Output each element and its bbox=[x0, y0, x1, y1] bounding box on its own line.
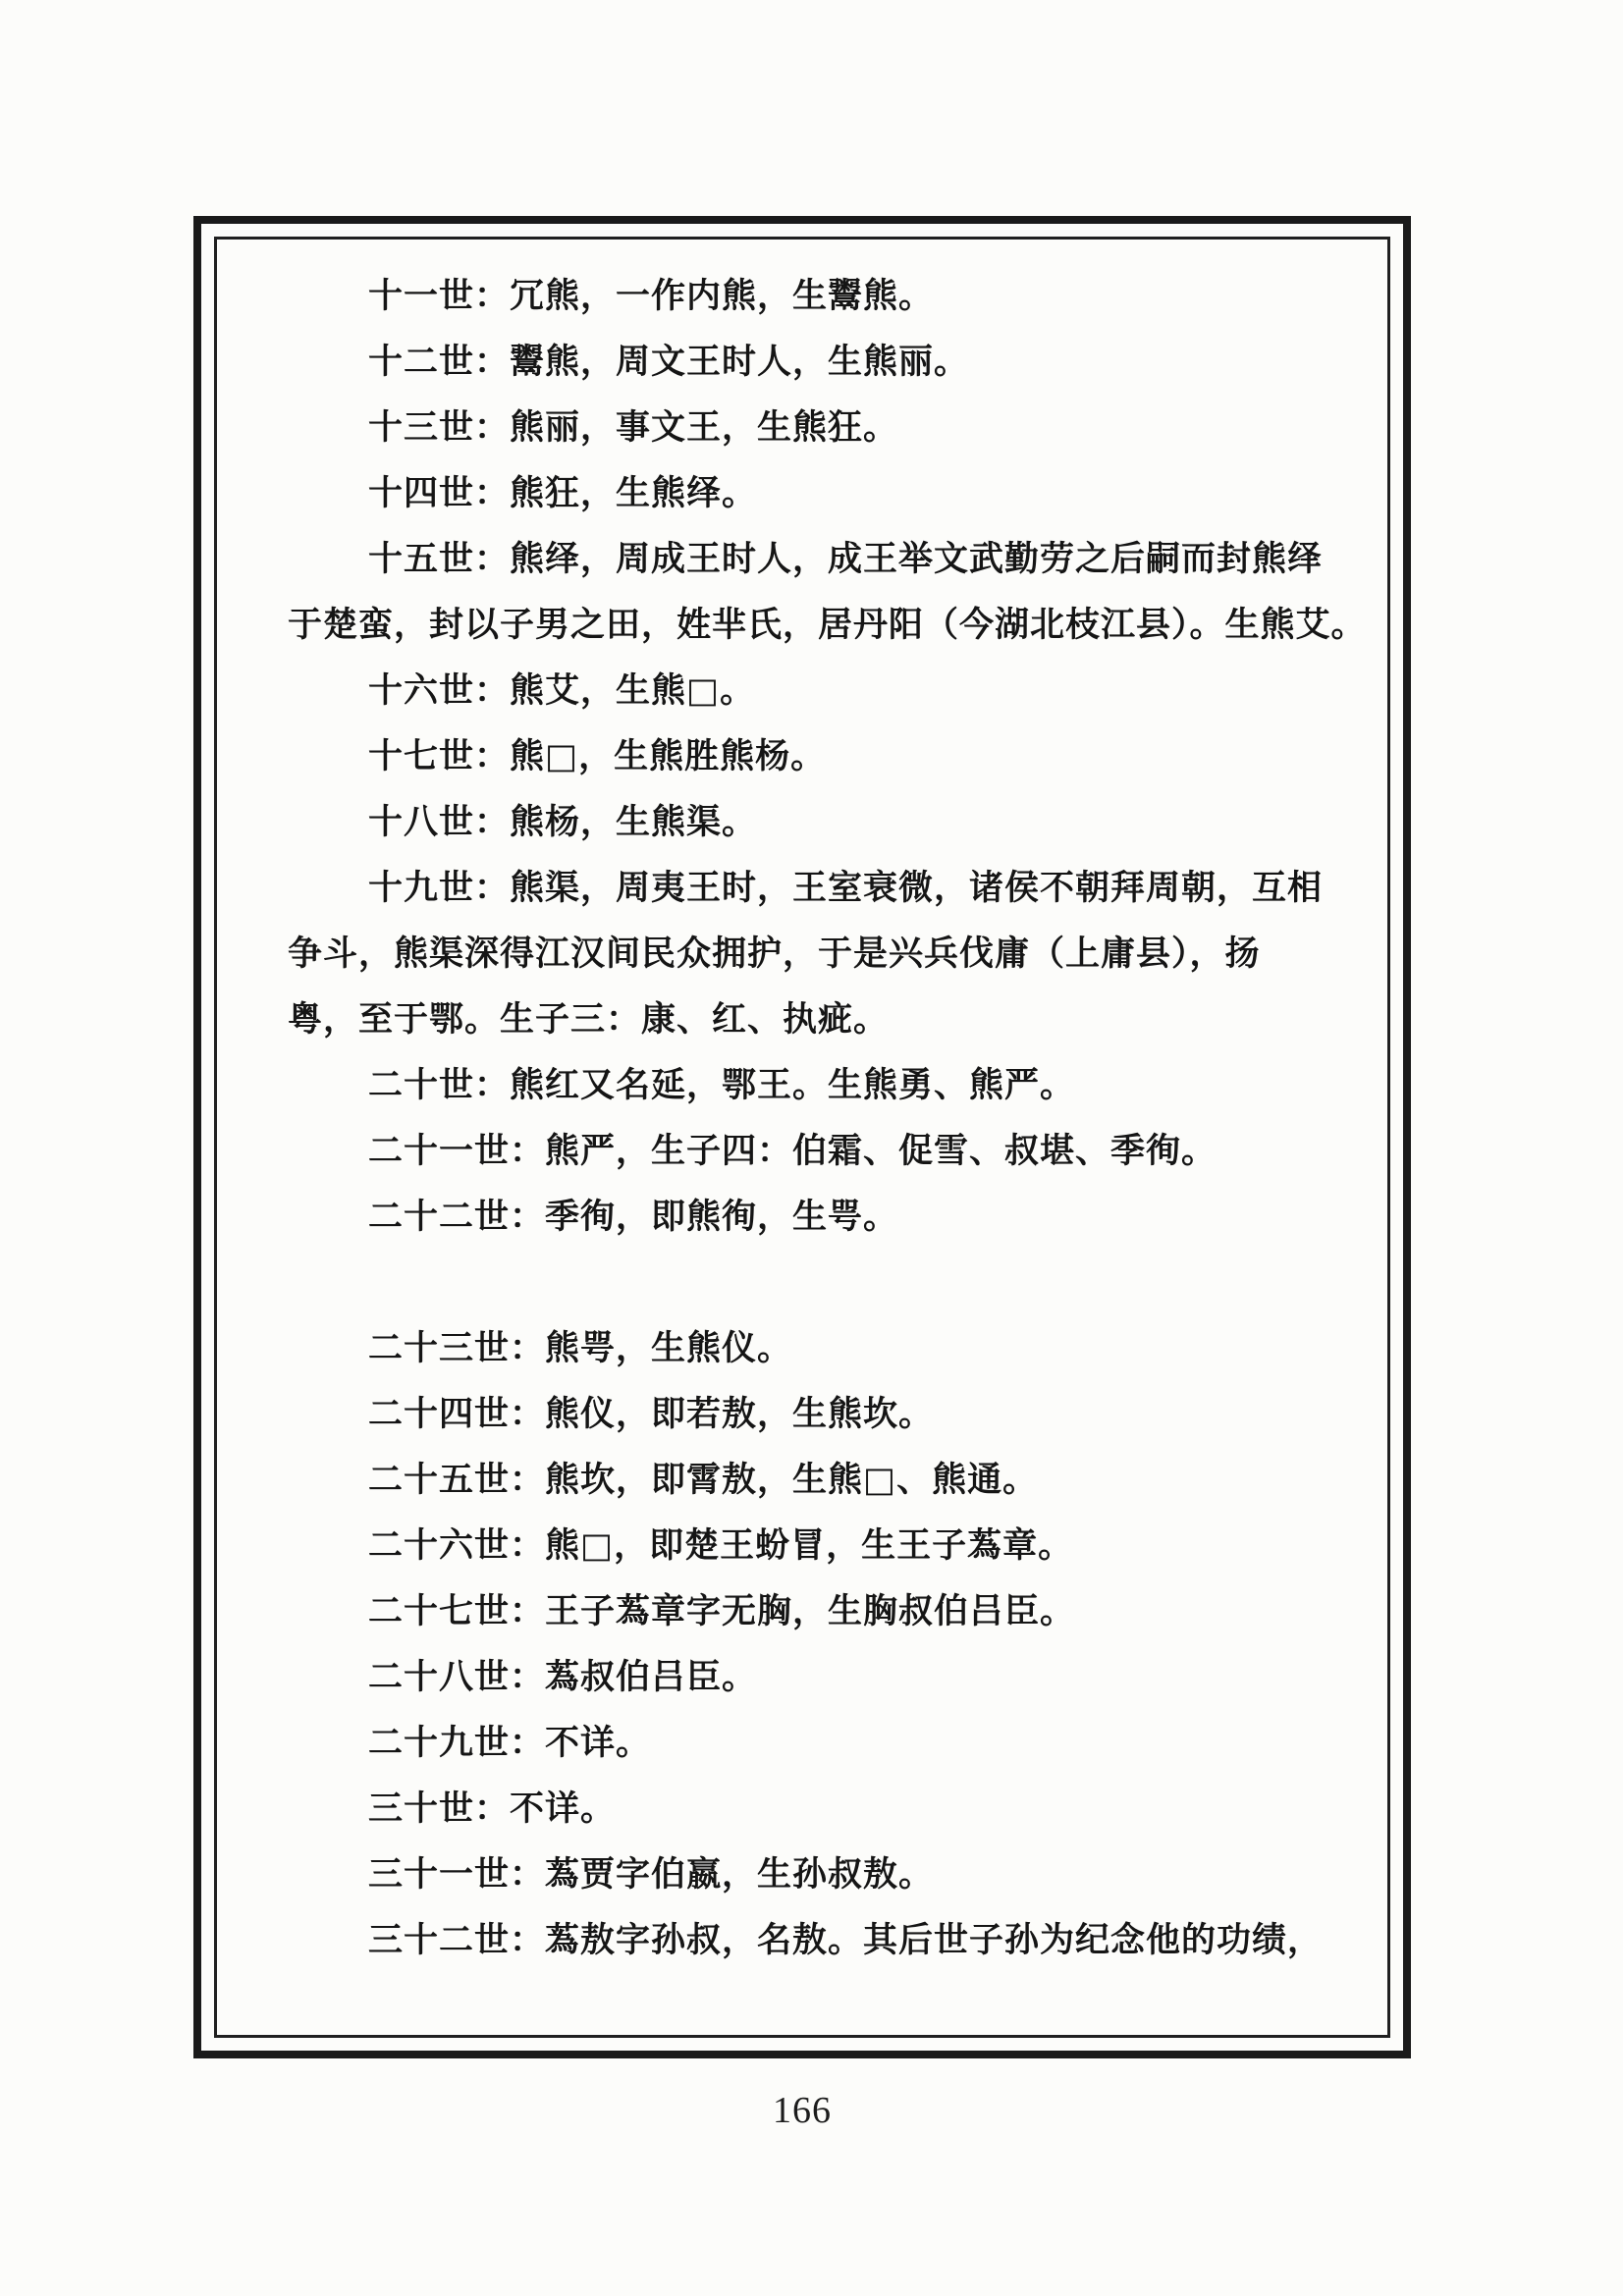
line-gen-31: 三十一世：蒍贾字伯嬴，生孙叔敖。 bbox=[288, 1842, 1352, 1908]
line-gen-18: 十八世：熊杨，生熊渠。 bbox=[288, 790, 1352, 856]
line-gen-21: 二十一世：熊严，生子四：伯霜、促雪、叔堪、季徇。 bbox=[288, 1119, 1352, 1185]
line-gen-12: 十二世：鬻熊，周文王时人，生熊丽。 bbox=[288, 330, 1352, 396]
blank-line bbox=[288, 1251, 1352, 1316]
line-gen-22: 二十二世：季徇，即熊徇，生咢。 bbox=[288, 1185, 1352, 1251]
line-gen-30: 三十世：不详。 bbox=[288, 1777, 1352, 1842]
line-gen-15-continuation: 于楚蛮，封以子男之田，姓芈氏，居丹阳（今湖北枝江县）。生熊艾。 bbox=[288, 593, 1352, 659]
line-gen-27: 二十七世：王子蒍章字无胸，生胸叔伯吕臣。 bbox=[288, 1579, 1352, 1645]
line-gen-16: 十六世：熊艾，生熊□。 bbox=[288, 659, 1352, 724]
page-number-row: 166 bbox=[193, 2089, 1411, 2132]
line-gen-19-continuation-1: 争斗，熊渠深得江汉间民众拥护，于是兴兵伐庸（上庸县），扬 bbox=[288, 922, 1352, 988]
line-gen-29: 二十九世：不详。 bbox=[288, 1711, 1352, 1777]
line-gen-28: 二十八世：蒍叔伯吕臣。 bbox=[288, 1645, 1352, 1711]
line-gen-25: 二十五世：熊坎，即霄敖，生熊□、熊通。 bbox=[288, 1448, 1352, 1514]
line-gen-17: 十七世：熊□，生熊胜熊杨。 bbox=[288, 724, 1352, 790]
line-gen-14: 十四世：熊狂，生熊绎。 bbox=[288, 461, 1352, 527]
line-gen-20: 二十世：熊红又名延，鄂王。生熊勇、熊严。 bbox=[288, 1053, 1352, 1119]
page-frame-outer: 十一世：冗熊，一作内熊，生鬻熊。 十二世：鬻熊，周文王时人，生熊丽。 十三世：熊… bbox=[193, 216, 1411, 2058]
page-frame-inner: 十一世：冗熊，一作内熊，生鬻熊。 十二世：鬻熊，周文王时人，生熊丽。 十三世：熊… bbox=[214, 237, 1390, 2038]
line-gen-23: 二十三世：熊咢，生熊仪。 bbox=[288, 1316, 1352, 1382]
line-gen-26: 二十六世：熊□，即楚王蚡冒，生王子蒍章。 bbox=[288, 1514, 1352, 1579]
line-gen-19-continuation-2: 粤，至于鄂。生子三：康、红、执疵。 bbox=[288, 988, 1352, 1053]
line-gen-24: 二十四世：熊仪，即若敖，生熊坎。 bbox=[288, 1382, 1352, 1448]
genealogy-text-block: 十一世：冗熊，一作内熊，生鬻熊。 十二世：鬻熊，周文王时人，生熊丽。 十三世：熊… bbox=[217, 240, 1387, 2035]
line-gen-15: 十五世：熊绎，周成王时人，成王举文武勤劳之后嗣而封熊绎 bbox=[288, 527, 1352, 593]
line-gen-11: 十一世：冗熊，一作内熊，生鬻熊。 bbox=[288, 264, 1352, 330]
line-gen-13: 十三世：熊丽，事文王，生熊狂。 bbox=[288, 396, 1352, 461]
page-number: 166 bbox=[773, 2090, 832, 2131]
line-gen-32: 三十二世：蒍敖字孙叔，名敖。其后世子孙为纪念他的功绩， bbox=[288, 1908, 1352, 1974]
line-gen-19: 十九世：熊渠，周夷王时，王室衰微，诸侯不朝拜周朝，互相 bbox=[288, 856, 1352, 922]
